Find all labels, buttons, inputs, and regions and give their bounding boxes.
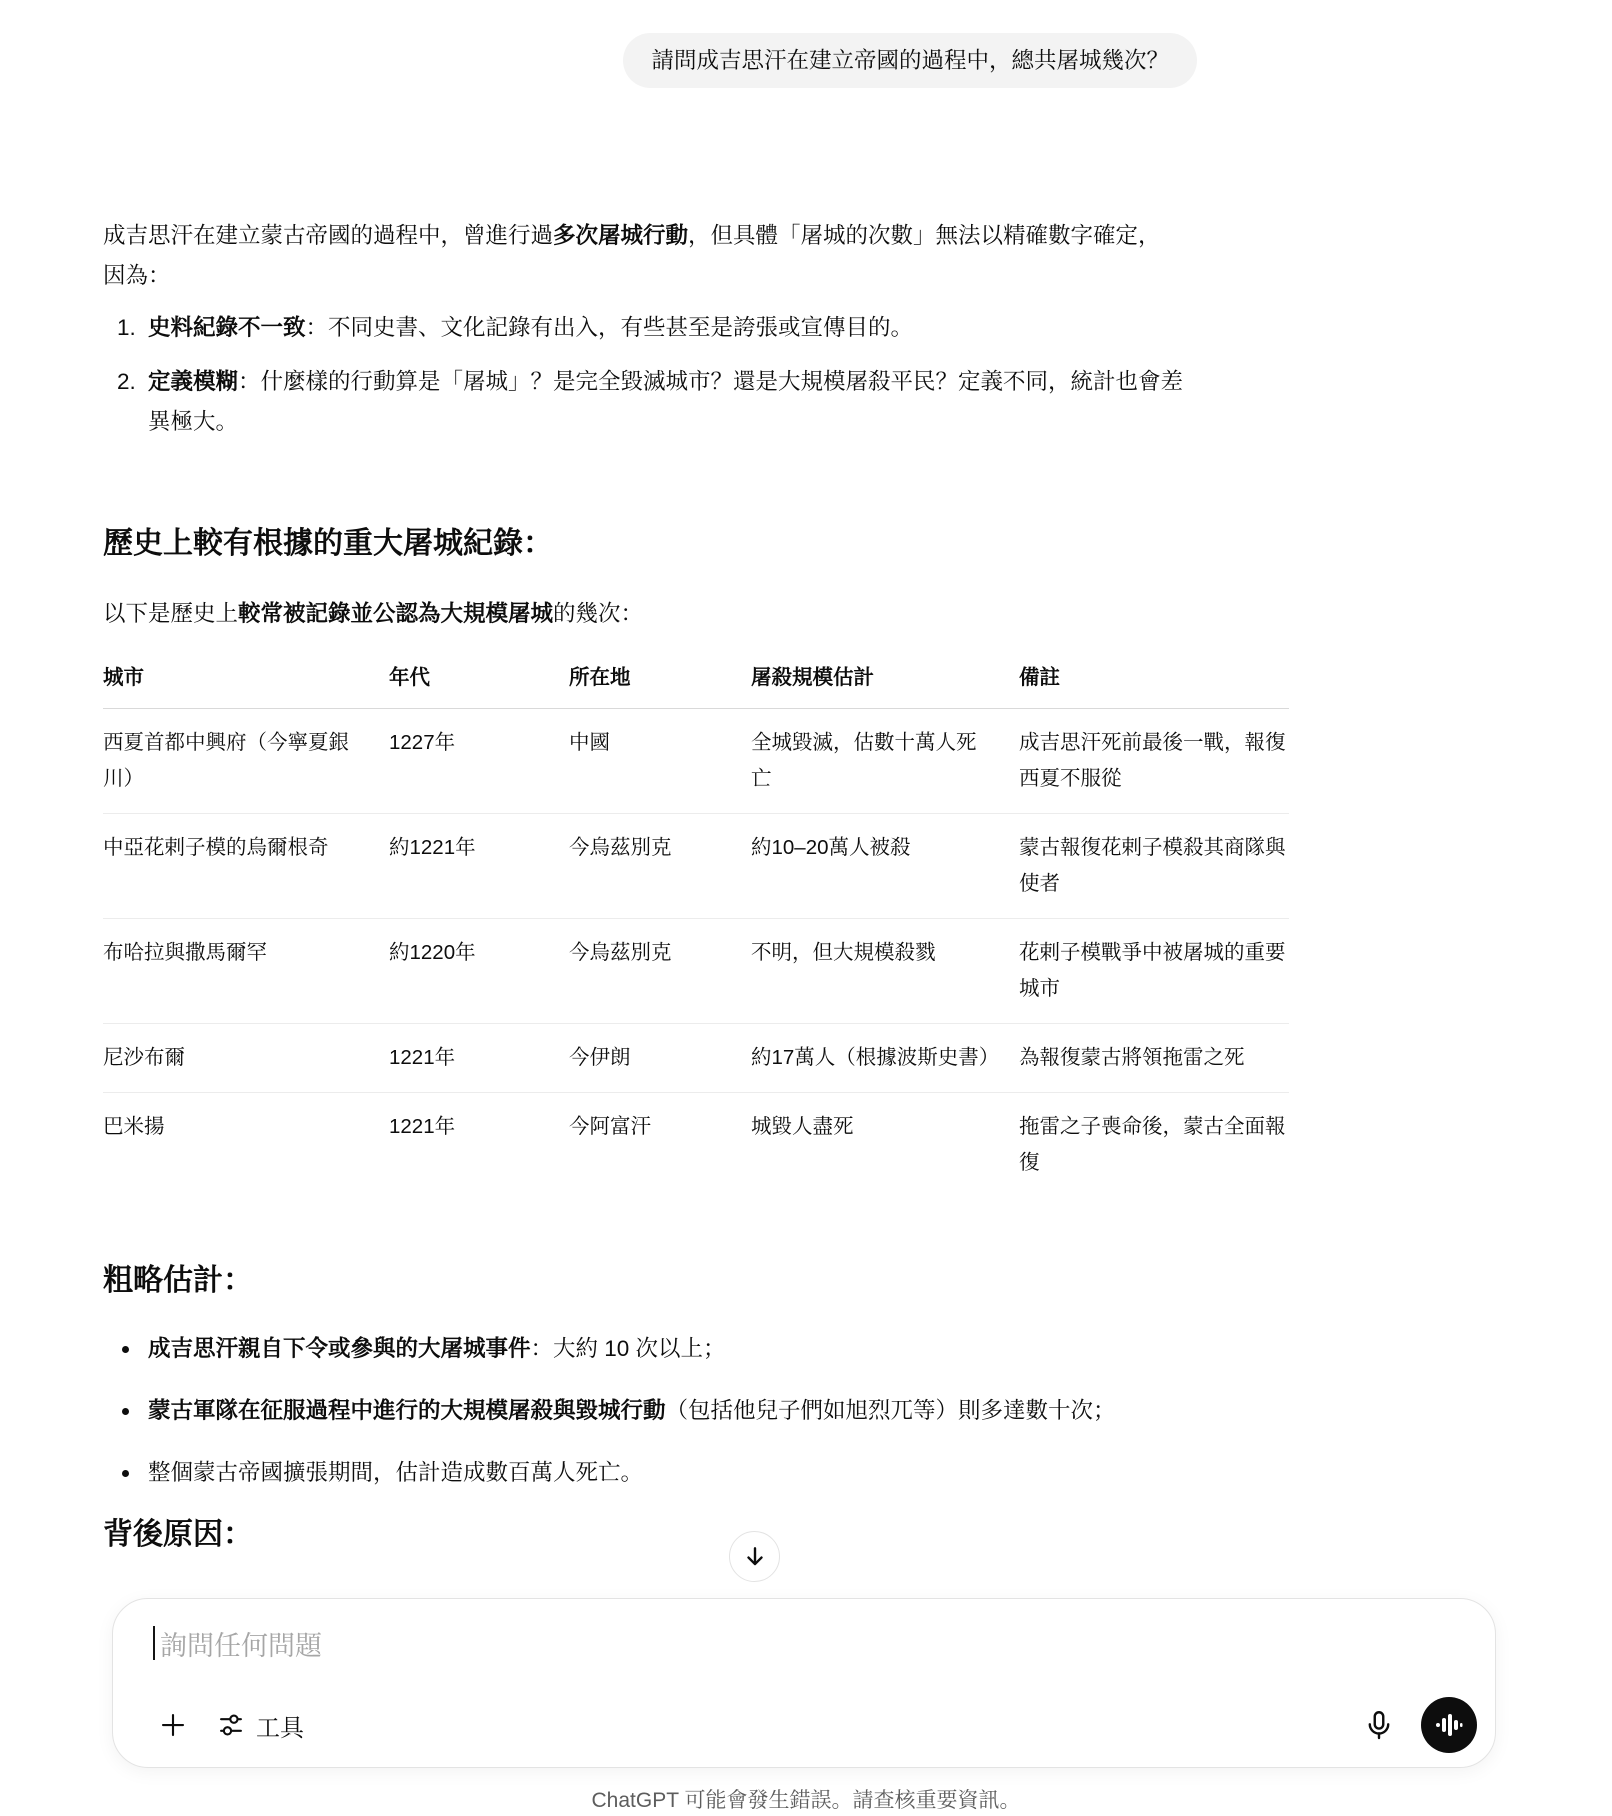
table-cell: 約1221年: [389, 814, 569, 919]
column-header: 備註: [1019, 658, 1289, 709]
user-message-bubble: 請問成吉思汗在建立帝國的過程中，總共屠城幾次？: [623, 33, 1197, 88]
table-cell: 花剌子模戰爭中被屠城的重要城市: [1019, 919, 1289, 1024]
column-header: 屠殺規模估計: [751, 658, 1019, 709]
table-row: 巴米揚1221年今阿富汗城毀人盡死拖雷之子喪命後，蒙古全面報復: [103, 1093, 1289, 1198]
sliders-icon: [217, 1711, 245, 1739]
table-cell: 今伊朗: [569, 1024, 751, 1093]
table-cell: 不明，但大規模殺戮: [751, 919, 1019, 1024]
dictate-button[interactable]: [1357, 1703, 1401, 1747]
table-cell: 1221年: [389, 1093, 569, 1198]
microphone-icon: [1362, 1708, 1396, 1742]
table-cell: 西夏首都中興府（今寧夏銀川）: [103, 709, 389, 814]
tools-button[interactable]: 工具: [217, 1708, 304, 1743]
table-row: 中亞花剌子模的烏爾根奇約1221年今烏茲別克約10–20萬人被殺蒙古報復花剌子模…: [103, 814, 1289, 919]
estimate-bullet-list: 成吉思汗親自下令或參與的大屠城事件：大約 10 次以上；蒙古軍隊在征服過程中進行…: [103, 1329, 1203, 1493]
composer-panel: 詢問任何問題 工具: [112, 1598, 1496, 1768]
voice-waveform-icon: [1434, 1710, 1464, 1740]
table-cell: 成吉思汗死前最後一戰，報復西夏不服從: [1019, 709, 1289, 814]
table-cell: 中亞花剌子模的烏爾根奇: [103, 814, 389, 919]
table-cell: 巴米揚: [103, 1093, 389, 1198]
section-heading-estimate: 粗略估計：: [103, 1259, 1203, 1303]
attach-plus-button[interactable]: [153, 1705, 193, 1745]
table-cell: 約1220年: [389, 919, 569, 1024]
list-item: 整個蒙古帝國擴張期間，估計造成數百萬人死亡。: [103, 1453, 1203, 1493]
table-cell: 今烏茲別克: [569, 814, 751, 919]
list-item: 成吉思汗親自下令或參與的大屠城事件：大約 10 次以上；: [103, 1329, 1203, 1369]
table-cell: 拖雷之子喪命後，蒙古全面報復: [1019, 1093, 1289, 1198]
table-row: 西夏首都中興府（今寧夏銀川）1227年中國全城毀滅，估數十萬人死亡成吉思汗死前最…: [103, 709, 1289, 814]
section-heading-records: 歷史上較有根據的重大屠城紀錄：: [103, 522, 1203, 566]
tools-button-label: 工具: [256, 1708, 304, 1743]
chat-thread: 請問成吉思汗在建立帝國的過程中，總共屠城幾次？ 成吉思汗在建立蒙古帝國的過程中，…: [103, 0, 1203, 1557]
reasons-numbered-list: 史料紀錄不一致：不同史書、文化記錄有出入，有些甚至是誇張或宣傳目的。定義模糊：什…: [103, 308, 1203, 442]
table-row: 布哈拉與撒馬爾罕約1220年今烏茲別克不明，但大規模殺戮花剌子模戰爭中被屠城的重…: [103, 919, 1289, 1024]
section-heading-reasons-behind: 背後原因：: [103, 1513, 1203, 1557]
assistant-intro-paragraph: 成吉思汗在建立蒙古帝國的過程中，曾進行過多次屠城行動，但具體「屠城的次數」無法以…: [103, 216, 1175, 296]
footer-disclaimer: ChatGPT 可能會發生錯誤。請查核重要資訊。: [0, 1784, 1612, 1814]
plus-icon: [158, 1710, 188, 1740]
table-cell: 1227年: [389, 709, 569, 814]
table-row: 尼沙布爾1221年今伊朗約17萬人（根據波斯史書）為報復蒙古將領拖雷之死: [103, 1024, 1289, 1093]
column-header: 城市: [103, 658, 389, 709]
prompt-input[interactable]: 詢問任何問題: [153, 1623, 1477, 1663]
table-cell: 約10–20萬人被殺: [751, 814, 1019, 919]
table-cell: 全城毀滅，估數十萬人死亡: [751, 709, 1019, 814]
table-cell: 布哈拉與撒馬爾罕: [103, 919, 389, 1024]
user-message-row: 請問成吉思汗在建立帝國的過程中，總共屠城幾次？: [103, 0, 1197, 88]
prompt-placeholder: 詢問任何問題: [160, 1624, 322, 1663]
table-cell: 城毀人盡死: [751, 1093, 1019, 1198]
table-cell: 約17萬人（根據波斯史書）: [751, 1024, 1019, 1093]
table-cell: 為報復蒙古將領拖雷之死: [1019, 1024, 1289, 1093]
table-cell: 中國: [569, 709, 751, 814]
column-header: 年代: [389, 658, 569, 709]
list-item: 史料紀錄不一致：不同史書、文化記錄有出入，有些甚至是誇張或宣傳目的。: [103, 308, 1203, 348]
arrow-down-icon: [742, 1544, 768, 1570]
text-cursor: [153, 1626, 155, 1660]
composer-toolbar: 工具: [153, 1697, 1477, 1753]
voice-mode-button[interactable]: [1421, 1697, 1477, 1753]
column-header: 所在地: [569, 658, 751, 709]
table-cell: 尼沙布爾: [103, 1024, 389, 1093]
table-cell: 今烏茲別克: [569, 919, 751, 1024]
table-cell: 1221年: [389, 1024, 569, 1093]
table-cell: 今阿富汗: [569, 1093, 751, 1198]
list-item: 定義模糊：什麼樣的行動算是「屠城」？是完全毀滅城市？還是大規模屠殺平民？定義不同…: [103, 362, 1203, 442]
table-intro-paragraph: 以下是歷史上較常被記錄並公認為大規模屠城的幾次：: [103, 594, 1203, 634]
table-cell: 蒙古報復花剌子模殺其商隊與使者: [1019, 814, 1289, 919]
massacre-table: 城市年代所在地屠殺規模估計備註 西夏首都中興府（今寧夏銀川）1227年中國全城毀…: [103, 658, 1289, 1197]
scroll-to-bottom-button[interactable]: [729, 1531, 780, 1582]
list-item: 蒙古軍隊在征服過程中進行的大規模屠殺與毀城行動（包括他兒子們如旭烈兀等）則多達數…: [103, 1391, 1203, 1431]
table-header-row: 城市年代所在地屠殺規模估計備註: [103, 658, 1289, 709]
